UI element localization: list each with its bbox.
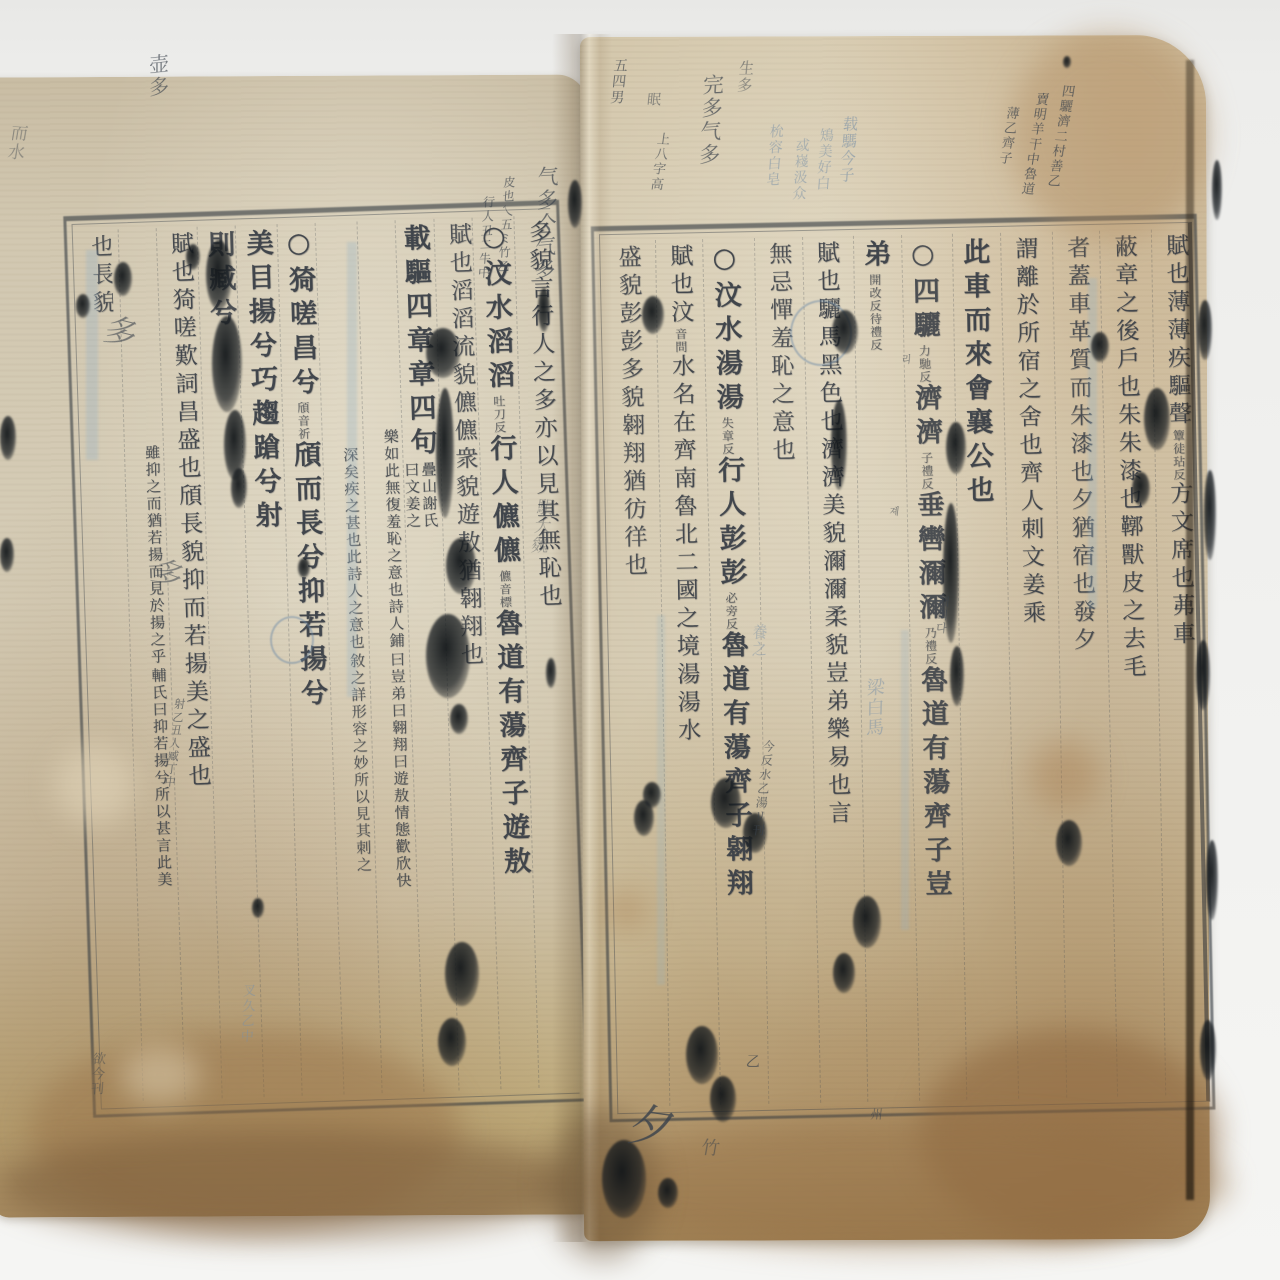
note-subcolumn: 深矣疾之甚也此詩人之意也	[342, 446, 364, 650]
left-page: 多貌言行人之多亦以見其無恥也○汶水滔滔吐刀反行人儦儦儦音標魯道有蕩齊子遊敖賦也滔…	[0, 74, 593, 1217]
left-page-text-columns: 多貌言行人之多亦以見其無恥也○汶水滔滔吐刀反行人儦儦儦音標魯道有蕩齊子遊敖賦也滔…	[77, 215, 576, 1102]
printed-text-run: 則臧兮	[203, 230, 237, 333]
text-column: 弟開改反待禮反	[853, 235, 902, 1101]
printed-text-run: ○四驪	[907, 238, 940, 345]
pronunciation-gloss: 簟徒玷反	[1171, 429, 1186, 481]
printed-text-run: 行人彭彭	[713, 455, 747, 592]
printed-text-run: 方文席也茀車	[1166, 481, 1195, 649]
right-page-text-columns: 賦也薄薄疾驅聲簟徒玷反方文席也茀車蔽章之後戶也朱朱漆也鞹獸皮之去毛者蓋車革質而朱…	[604, 229, 1202, 1107]
printed-text-run: 者蓋車革質而朱漆也夕猶宿也發夕	[1063, 235, 1096, 655]
printed-text-run: 無忌憚羞恥之意也	[765, 241, 795, 465]
printed-text-run: 行人儦儦	[485, 433, 520, 570]
printed-text-run: 多貌言行人之多亦以見其無恥也	[524, 219, 561, 612]
pronunciation-gloss: 必旁反	[724, 591, 739, 630]
pronunciation-gloss: 子禮反	[919, 451, 934, 490]
printed-text-run: 載驅四章章四句	[398, 223, 437, 462]
pronunciation-gloss: 開改反待禮反	[868, 273, 883, 351]
pronunciation-gloss: 音問	[673, 328, 687, 354]
printed-text-run: 賦也驪馬黑色也濟濟美貌濔濔柔貌豈弟樂易也言	[813, 240, 851, 828]
pronunciation-gloss: 吐刀反	[492, 395, 507, 434]
pronunciation-gloss: 力馳反	[917, 344, 932, 383]
printed-text-run: ○猗嗟昌兮	[283, 227, 319, 402]
printed-text-run: 盛貌彭彭多貌翱翔猶彷徉也	[614, 244, 647, 580]
printed-text-run: 賦也薄薄疾驅聲	[1162, 233, 1191, 429]
pronunciation-gloss: 頎音祈	[296, 401, 311, 440]
text-column: 賦也薄薄疾驅聲簟徒玷反方文席也茀車	[1151, 229, 1200, 1095]
printed-text-run: ○汶水湯湯	[708, 242, 743, 417]
left-page-printed-frame: 多貌言行人之多亦以見其無恥也○汶水滔滔吐刀反行人儦儦儦音標魯道有蕩齊子遊敖賦也滔…	[72, 208, 580, 1109]
text-column: 此車而來會襄公也	[952, 233, 1001, 1099]
printed-text-run: 蔽章之後戶也朱朱漆也鞹獸皮之去毛	[1110, 234, 1145, 682]
text-column: ○汶水湯湯失章反行人彭彭必旁反魯道有蕩齊子翱翔	[702, 238, 755, 1105]
printed-text-run: 此車而來會襄公也	[958, 237, 994, 509]
ink-blot	[1212, 160, 1222, 220]
printed-text-run: ○汶水滔滔	[478, 220, 515, 395]
printed-text-run: 美目揚兮巧趨蹌兮射	[241, 228, 282, 535]
note-subcolumn: 曰豈弟曰翱翔曰遊敖情態歡欣快	[389, 651, 411, 889]
note-subcolumn: 雖抑之而猶若揚而見於揚之乎	[144, 444, 165, 665]
note-subcolumn: 敘之詳形容之妙所以見其刺之	[349, 652, 371, 873]
right-page: 賦也薄薄疾驅聲簟徒玷反方文席也茀車蔽章之後戶也朱朱漆也鞹獸皮之去毛者蓋車革質而朱…	[580, 35, 1210, 1241]
pronunciation-gloss: 儦音標	[497, 570, 512, 609]
text-column: 謂離於所宿之舍也齊人刺文姜乘	[1000, 232, 1053, 1099]
right-page-printed-frame: 賦也薄薄疾驅聲簟徒玷反方文席也茀車蔽章之後戶也朱朱漆也鞹獸皮之去毛者蓋車革質而朱…	[599, 222, 1210, 1114]
printed-text-run: 弟	[859, 239, 891, 274]
pronunciation-gloss: 失章反	[720, 416, 735, 455]
printed-text-run: 謂離於所宿之舍也齊人刺文姜乘	[1011, 236, 1045, 628]
printed-text-run: 魯道有蕩齊子豈	[916, 665, 952, 904]
note-subcolumn: 樂如此無復羞恥之意也詩人鋪	[382, 428, 403, 649]
pronunciation-gloss: 乃禮反	[923, 626, 938, 665]
text-column: 賦也驪馬黑色也濟濟美貌濔濔柔貌豈弟樂易也言	[802, 236, 855, 1103]
book-photograph: 多貌言行人之多亦以見其無恥也○汶水滔滔吐刀反行人儦儦儦音標魯道有蕩齊子遊敖賦也滔…	[0, 0, 1280, 1280]
printed-text-run: 頎而長兮抑若揚兮	[289, 440, 328, 713]
page-edge-strip	[1214, 74, 1240, 1214]
text-column: 賦也汶音問水名在齊南魯北二國之境湯湯水	[655, 239, 704, 1105]
printed-text-run: 賦也汶	[666, 243, 693, 327]
printed-text-run: 垂轡濔濔	[912, 490, 946, 627]
text-column: 盛貌彭彭多貌翱翔猶彷徉也	[604, 240, 656, 1107]
text-column: 蔽章之後戶也朱朱漆也鞹獸皮之去毛	[1099, 230, 1152, 1097]
printed-text-run: 魯道有蕩齊子翱翔	[717, 630, 754, 903]
printed-text-run: 濟濟	[910, 383, 942, 452]
text-column: ○四驪力馳反濟濟子禮反垂轡濔濔乃禮反魯道有蕩齊子豈	[901, 234, 954, 1101]
text-column: 者蓋車革質而朱漆也夕猶宿也發夕	[1052, 231, 1101, 1097]
text-column: 無忌憚羞恥之意也	[754, 237, 803, 1103]
printed-text-run: 魯道有蕩齊子遊敖	[491, 608, 531, 881]
printed-text-run: 也長貌	[87, 234, 116, 319]
printed-text-run: 水名在齊南魯北二國之境湯湯水	[667, 353, 699, 745]
note-subcolumn: 輔氏曰抑若揚兮所以甚言此美	[150, 667, 171, 888]
